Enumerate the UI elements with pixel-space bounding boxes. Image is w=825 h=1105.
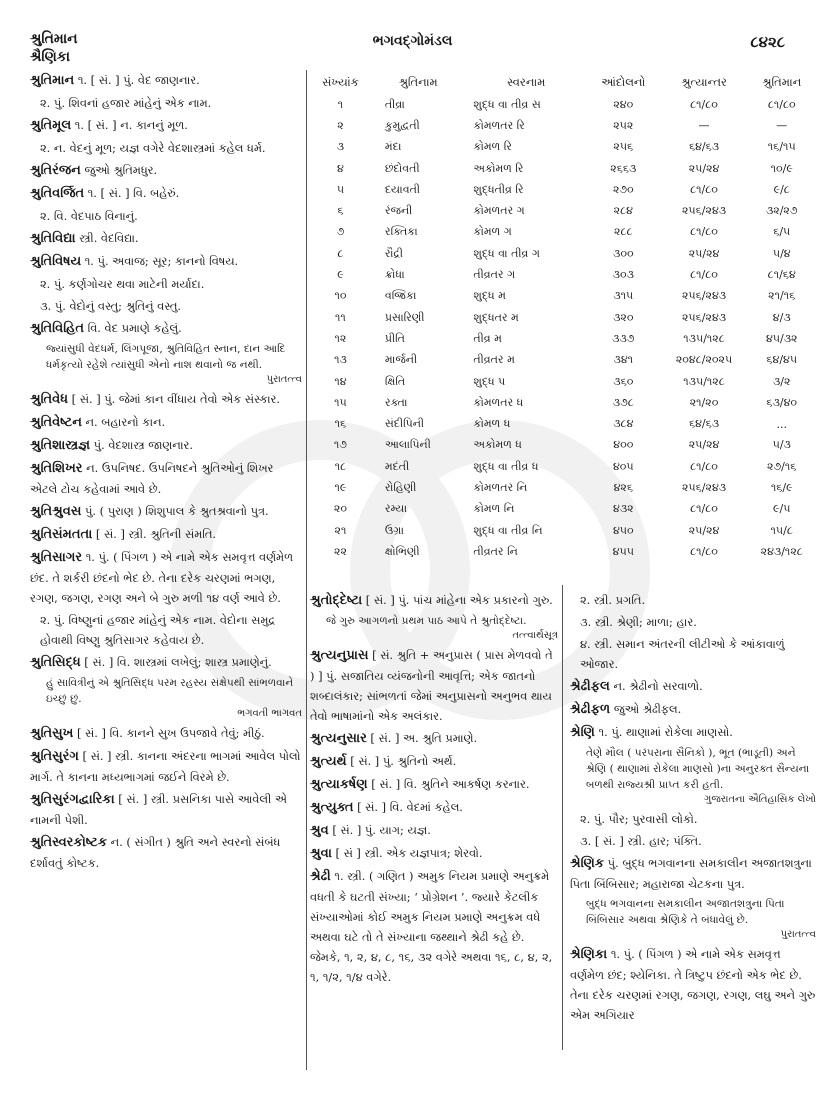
entry-citation: જ્યાંસુધી વેદધર્મ, લિંગપૂજા, શ્રુતિવિહિત… [30,341,302,387]
entry-definition: [ સં. ] વિ. શ્રુતિને આકર્ષણ કરનાર. [368,777,530,791]
entry-sense: ૨. પું. શિવનાં હજાર માંહેનું એક નામ. [30,93,302,113]
cell-swara-name: કોમળતર નિ [465,477,587,498]
col-header-vibrations: આંદોલનો [587,70,660,94]
cell-swara-name: તીવ્રતર મ [465,350,587,371]
cell-vibrations: ૨૭૦ [587,179,660,200]
cell-interval: ૨૫૬/૨૪૩ [660,200,749,221]
entry-sense: ૨. પું. વિષ્ણુનાં હજાર માંહેનું એક નામ. … [30,610,302,650]
cell-shruti-name: ઉગ્રા [371,520,465,541]
table-row: ૨૨ક્ષોભિણીતીવ્રતર નિ૪૫૫૮૧/૮૦૨૪૩/૧૨૮ [310,541,815,562]
cell-swara-name: કોમળ ધ [465,413,587,434]
dictionary-entry: શ્રુતિરંજન જુઓ શ્રુતિમધુર. [30,160,302,181]
table-row: ૨૦રમ્યાકોમળ નિ૪૩૨૮૧/૮૦૯/૫ [310,499,815,520]
cell-ratio: ૧૬/૧૫ [748,137,815,158]
entry-definition: ૧. [ સં. ] ન. કાનનું મૂળ. [71,118,188,132]
cell-swara-name: કોમળ નિ [465,499,587,520]
entry-sense: ૪. સ્ત્રી. સમાન અંતરની લીટીઓ કે આંકાવાળુ… [570,634,816,674]
entry-headword: શ્રુતિસાગર [30,550,82,565]
entry-headword: શ્રેણિ [570,725,595,740]
dictionary-entry: શ્રેઢી ૧. સ્ત્રી. ( ગણિત ) અમુક નિયમ પ્ર… [310,866,558,987]
cell-interval: — [660,115,749,136]
cell-shruti-name: રક્તા [371,392,465,413]
cell-number: ૨૨ [310,541,371,562]
dictionary-entry: શ્રુત્યર્થ [ સં. ] પું. શ્રુતિનો અર્થ. [310,751,558,772]
entry-headword: શ્રુતિસંમતતા [30,527,92,542]
cell-shruti-name: સંદીપિની [371,413,465,434]
col-header-swara-name: સ્વરનામ [465,70,587,94]
entry-sense: ૩. પું. વેદોનું વસ્તુ; શ્રુતિનું વસ્તુ. [30,296,302,316]
cell-swara-name: શુદ્ધ વા તીવ્ર સ [465,94,587,115]
table-row: ૪છંદોવતીઅકોમળ રિ૨૬૬૩૨૫/૨૪૧૦/૯ [310,158,815,179]
dictionary-entry: શ્રુતિમાન ૧. [ સં. ] પું. વેદ જાણનાર. [30,70,302,91]
cell-number: ૧૫ [310,392,371,413]
citation-text: હું સાવિત્રીનું એ શ્રુતિસિદ્ધ પરમ રહસ્ય … [30,675,302,707]
cell-ratio: ૧૫/૮ [748,520,815,541]
cell-shruti-name: પ્રીતિ [371,328,465,349]
dictionary-entry: શ્રુતિવિષય ૧. પું. અવાજ; સૂર; કાનનો વિષય… [30,251,302,272]
cell-vibrations: ૨૪૦ [587,94,660,115]
table-row: ૧૯રોહિણીકોમળતર નિ૪૨૬૨૫૬/૨૪૩૧૬/૯ [310,477,815,498]
cell-swara-name: શુદ્ધ વા તીવ્ર ગ [465,243,587,264]
entry-definition: [ સં. ] પું. જેમાં કાન વીંધાય તેવો એક સં… [68,392,280,406]
entry-sense: ૨. પું. કર્ણગોચર થવા માટેની મર્યાદા. [30,274,302,294]
table-row: ૧તીવ્રાશુદ્ધ વા તીવ્ર સ૨૪૦૮૧/૮૦૮૧/૮૦ [310,94,815,115]
cell-swara-name: તીવ્ર મ [465,328,587,349]
entry-headword: શ્રુતિમૂલ [30,118,71,133]
cell-shruti-name: રંજની [371,200,465,221]
cell-ratio: ૮૧/૮૦ [748,94,815,115]
dictionary-entry: શ્રુતિસુખ [ સં. ] વિ. કાનને સુખ ઉપજાવે ત… [30,723,302,744]
col-header-ratio: શ્રુતિમાન [748,70,815,94]
entry-definition: [ સં. ] વિ. શાસ્ત્રમાં લખેલું; શાસ્ત્ર પ… [81,655,272,669]
citation-text: જે ગુરુ આગળનો પ્રથમ પાઠ આપે તે શ્રુતોદ્દ… [310,613,558,629]
cell-shruti-name: માર્જની [371,350,465,371]
cell-interval: ૮૧/૮૦ [660,456,749,477]
dictionary-entry: શ્રુતિસંમતતા [ સં. ] સ્ત્રી. શ્રુતિની સં… [30,524,302,545]
table-row: ૧૭આલાપિનીઅકોમળ ધ૪૦૦૨૫/૨૪૫/૩ [310,435,815,456]
cell-vibrations: ૪૩૨ [587,499,660,520]
entry-definition: જુઓ શ્રેઢીફલ. [610,702,681,716]
cell-interval: ૮૧/૮૦ [660,264,749,285]
dictionary-entry: શ્રુતિવેધ [ સં. ] પું. જેમાં કાન વીંધાય … [30,389,302,410]
entry-headword: શ્રુવ [310,823,329,838]
cell-ratio: ૬૪/૪૫ [748,350,815,371]
dictionary-entry: શ્રુતિવિહિત વિ. વેદ પ્રમાણે કહેલું. [30,318,302,339]
cell-number: ૬ [310,200,371,221]
cell-swara-name: કોમળતર ધ [465,392,587,413]
citation-source: પુરાતત્ત્વ [30,373,302,387]
entry-headword: શ્રુતિવેષ્ટન [30,415,82,430]
cell-ratio: ૮૧/૬૪ [748,264,815,285]
entry-sense: ૨. પું. પૌર; પુરવાસી લોકો. [570,809,816,829]
entry-definition: ૧. સ્ત્રી. ( ગણિત ) અમુક નિયમ પ્રમાણે અન… [310,869,552,984]
guide-word-last: શ્રૈણિકા [30,48,78,66]
table-row: ૫દયાવતીશુદ્ધતીવ્ર રિ૨૭૦૮૧/૮૦૯/૮ [310,179,815,200]
cell-shruti-name: છંદોવતી [371,158,465,179]
cell-ratio: ... [748,413,815,434]
cell-vibrations: ૩૦૦ [587,243,660,264]
cell-number: ૧૭ [310,435,371,456]
cell-ratio: ૪/૩ [748,307,815,328]
entry-citation: તેણે મૌલ ( પરંપરાના સૈનિકો ), ભૂત (ભાડૂત… [570,745,816,807]
citation-text: બુદ્ધ ભગવાનના સમકાલીન અજાતશત્રુના પિતા બ… [570,896,816,928]
citation-source: ભગવતી ભાગવત [30,707,302,721]
entry-definition: જુઓ શ્રુતિમધુર. [81,163,157,177]
entry-headword: શ્રુતિવેધ [30,392,68,407]
cell-vibrations: ૨૫૬ [587,137,660,158]
cell-swara-name: શુદ્ધ વા તીવ્ર નિ [465,520,587,541]
entry-definition: [ સં. ] અ. શ્રુતિ પ્રમાણે. [367,731,477,745]
cell-interval: ૧૩૫/૧૨૮ [660,328,749,349]
entry-definition: ૧. પું. અવાજ; સૂર; કાનનો વિષય. [81,254,238,268]
cell-interval: ૨૫/૨૪ [660,520,749,541]
table-row: ૭રક્તિકાકોમળ ગ૨૮૮૮૧/૮૦૬/૫ [310,222,815,243]
citation-text: જ્યાંસુધી વેદધર્મ, લિંગપૂજા, શ્રુતિવિહિત… [30,341,302,373]
cell-shruti-name: મદંતી [371,456,465,477]
citation-source: પુરાતત્ત્વ [570,928,816,942]
entry-definition: [ સં. ] સ્ત્રી. શ્રુતિની સંમતિ. [92,527,216,541]
cell-interval: ૨૦૪૮/૨૦૨૫ [660,350,749,371]
citation-source: તત્ત્વાર્થસૂત્ર [310,629,558,643]
dictionary-entry: શ્રુતિસાગર ૧. પું. ( પિંગળ ) એ નામે એક સ… [30,547,302,608]
entry-headword: શ્રુતિશાસ્ત્રજ્ઞ [30,438,90,453]
cell-ratio: ૩૨/૨૭ [748,200,815,221]
col-header-number: સંખ્યાંક [310,70,371,94]
cell-number: ૧૬ [310,413,371,434]
cell-interval: ૨૫/૨૪ [660,243,749,264]
cell-ratio: ૫/૪ [748,243,815,264]
entry-definition: ૧. [ સં. ] વિ. બહેરું. [84,186,179,200]
cell-number: ૪ [310,158,371,179]
entry-citation: બુદ્ધ ભગવાનના સમકાલીન અજાતશત્રુના પિતા બ… [570,896,816,942]
entry-sense: ૩. સ્ત્રી. શ્રેણી; માળા; હાર. [570,612,816,632]
cell-ratio: ૨૭/૧૬ [748,456,815,477]
page-number: ૮૪૨૮ [750,33,785,51]
dictionary-page: શ્રુતિમાન શ્રૈણિકા ભગવદ્ગોમંડલ ૮૪૨૮ શ્રુ… [0,0,825,1105]
running-title: ભગવદ્ગોમંડલ [0,33,825,49]
cell-ratio: ૯/૮ [748,179,815,200]
dictionary-entry: શ્રુતિશિખર ન. ઉપનિષદ. ઉપનિષદને શ્રુતિઓનુ… [30,458,302,499]
cell-vibrations: ૩૨૦ [587,307,660,328]
cell-shruti-name: કુમુદ્વતી [371,115,465,136]
entry-definition: [ સં. ] પું. શ્રુતિનો અર્થ. [347,754,457,768]
dictionary-entry: શ્રુતિસ્વરકોષ્ટક ન. ( સંગીત ) શ્રુતિ અને… [30,832,302,873]
cell-interval: ૨૫૬/૨૪૩ [660,307,749,328]
cell-number: ૨૧ [310,520,371,541]
table-row: ૧૬સંદીપિનીકોમળ ધ૩૮૪૬૪/૬૩... [310,413,815,434]
entry-definition: ન. શ્રેઢીનો સરવાળો. [610,679,703,693]
cell-number: ૫ [310,179,371,200]
entry-headword: શ્રુવા [310,846,332,861]
cell-vibrations: ૪૫૦ [587,520,660,541]
dictionary-entry: શ્રેણિ ૧. પું. થાણામાં રોકેલા માણસો. [570,722,816,743]
entry-headword: શ્રુતિસુરંગદ્વારિકા [30,792,115,807]
table-row: ૨૧ઉગ્રાશુદ્ધ વા તીવ્ર નિ૪૫૦૨૫/૨૪૧૫/૮ [310,520,815,541]
dictionary-entry: શ્રુતિવર્જિત ૧. [ સં. ] વિ. બહેરું. [30,183,302,204]
cell-vibrations: ૩૮૪ [587,413,660,434]
entry-definition: [ સં. ] પું. યાગ; યજ્ઞ. [329,823,431,837]
dictionary-entry: શ્રુતિવેષ્ટન ન. બહારનો કાન. [30,412,302,433]
dictionary-entry: શ્રેઢીફળ જુઓ શ્રેઢીફલ. [570,699,816,720]
cell-vibrations: ૪૦૦ [587,435,660,456]
cell-number: ૧૧ [310,307,371,328]
cell-ratio: — [748,115,815,136]
cell-shruti-name: ક્ષોભિણી [371,541,465,562]
entry-definition: [ સં. ] પું. પાંચ માંહેના એક પ્રકારનો ગુ… [362,593,553,607]
entry-definition: [ સં. ] વિ. કાનને સુખ ઉપજાવે તેવું; મીઠુ… [73,726,264,740]
dictionary-entry: શ્રુત્યાકર્ષણ [ સં. ] વિ. શ્રુતિને આકર્ષ… [310,774,558,795]
cell-ratio: ૫/૩ [748,435,815,456]
col-header-interval: શ્રુત્યાન્તર [660,70,749,94]
dictionary-entry: શ્રુતિવિદ્યા સ્ત્રી. વેદવિદ્યા. [30,228,302,249]
entry-headword: શ્રુત્યનુપ્રાસ [310,648,369,663]
table-row: ૧૧પ્રસારિણીશુદ્ધતર મ૩૨૦૨૫૬/૨૪૩૪/૩ [310,307,815,328]
shruti-swara-table: સંખ્યાંક શ્રુતિનામ સ્વરનામ આંદોલનો શ્રુત… [310,70,815,563]
entry-definition: [ સં. ] વિ. વેદમાં કહેલ. [354,800,463,814]
entry-citation: હું સાવિત્રીનું એ શ્રુતિસિદ્ધ પરમ રહસ્ય … [30,675,302,721]
cell-interval: ૨૫૬/૨૪૩ [660,286,749,307]
entry-headword: શ્રેઢીફલ [570,679,610,694]
dictionary-entry: શ્રુતિસિદ્ધ [ સં. ] વિ. શાસ્ત્રમાં લખેલુ… [30,652,302,673]
entry-headword: શ્રુતિવિદ્યા [30,231,76,246]
cell-number: ૧૪ [310,371,371,392]
cell-swara-name: કોમળતર ગ [465,200,587,221]
cell-vibrations: ૨૮૪ [587,200,660,221]
cell-number: ૧૩ [310,350,371,371]
right-column: ૨. સ્ત્રી. પ્રગતિ.૩. સ્ત્રી. શ્રેણી; માળ… [570,590,816,1027]
dictionary-entry: શ્રેણિક પું. બુદ્ધ ભગવાનના સમકાલીન અજાતશ… [570,853,816,894]
entry-headword: શ્રુતિસિદ્ધ [30,655,81,670]
cell-interval: ૬૪/૬૩ [660,413,749,434]
cell-swara-name: શુદ્ધતીવ્ર રિ [465,179,587,200]
table-row: ૨કુમુદ્વતીકોમળતર રિ૨૫૨—— [310,115,815,136]
cell-number: ૧૮ [310,456,371,477]
cell-swara-name: શુદ્ધતર મ [465,307,587,328]
cell-interval: ૨૫/૨૪ [660,158,749,179]
dictionary-entry: શ્રુતોદ્દેષ્ટા [ સં. ] પું. પાંચ માંહેના… [310,590,558,611]
cell-shruti-name: વજ્રિકા [371,286,465,307]
cell-ratio: ૧૬/૯ [748,477,815,498]
column-divider [306,70,307,1070]
cell-vibrations: ૪૫૫ [587,541,660,562]
cell-interval: ૮૧/૮૦ [660,94,749,115]
cell-number: ૨૦ [310,499,371,520]
cell-interval: ૮૧/૮૦ [660,222,749,243]
cell-shruti-name: રોહિણી [371,477,465,498]
middle-column: શ્રુતોદ્દેષ્ટા [ સં. ] પું. પાંચ માંહેના… [310,590,558,989]
dictionary-entry: શ્રુતિસુરંગદ્વારિકા [ સં. ] સ્ત્રી. પ્રસ… [30,789,302,830]
cell-shruti-name: રમ્યા [371,499,465,520]
cell-interval: ૨૫૬/૨૪૩ [660,477,749,498]
cell-swara-name: અકોમળ રિ [465,158,587,179]
cell-interval: ૨૧/૨૦ [660,392,749,413]
cell-swara-name: કોમળ રિ [465,137,587,158]
entry-definition: ૧. પું. થાણામાં રોકેલા માણસો. [595,725,733,739]
dictionary-entry: શ્રુવ [ સં. ] પું. યાગ; યજ્ઞ. [310,820,558,841]
cell-number: ૧૨ [310,328,371,349]
cell-shruti-name: રૌદ્રી [371,243,465,264]
cell-shruti-name: રક્તિકા [371,222,465,243]
cell-vibrations: ૩૪૧ [587,350,660,371]
cell-shruti-name: તીવ્રા [371,94,465,115]
table-row: ૧૩માર્જનીતીવ્રતર મ૩૪૧૨૦૪૮/૨૦૨૫૬૪/૪૫ [310,350,815,371]
cell-vibrations: ૪૦૫ [587,456,660,477]
dictionary-entry: શ્રુત્યનુસાર [ સં. ] અ. શ્રુતિ પ્રમાણે. [310,728,558,749]
dictionary-entry: શ્રુતિશાસ્ત્રજ્ઞ પું. વેદશાસ્ત્ર જાણનાર. [30,435,302,456]
cell-interval: ૮૧/૮૦ [660,179,749,200]
cell-swara-name: કોમળ ગ [465,222,587,243]
cell-interval: ૬૪/૬૩ [660,137,749,158]
entry-definition: ન. બહારનો કાન. [82,415,165,429]
cell-shruti-name: દયાવતી [371,179,465,200]
left-column: શ્રુતિમાન ૧. [ સં. ] પું. વેદ જાણનાર.૨. … [30,70,302,875]
citation-source: ગુજરાતના ઐતિહાસિક લેખો [570,793,816,807]
cell-ratio: ૬૩/૪૦ [748,392,815,413]
entry-headword: શ્રુતિશ્રુવસ [30,504,81,519]
entry-headword: શ્રુતિવિષય [30,254,81,269]
cell-number: ૯ [310,264,371,285]
table-row: ૧૫રક્તાકોમળતર ધ૩૭૮૨૧/૨૦૬૩/૪૦ [310,392,815,413]
entry-headword: શ્રુતિશિખર [30,461,83,476]
entry-definition: પું. વેદશાસ્ત્ર જાણનાર. [90,438,193,452]
cell-interval: ૨૫/૨૪ [660,435,749,456]
dictionary-entry: શ્રેણિકા ૧. પું. ( પિંગળ ) એ નામે એક સમવ… [570,944,816,1025]
table-row: ૧૦વજ્રિકાશુદ્ધ મ૩૧૫૨૫૬/૨૪૩૨૧/૧૬ [310,286,815,307]
column-divider-lower [562,585,563,1050]
cell-vibrations: ૩૧૫ [587,286,660,307]
entry-headword: શ્રુતિમાન [30,73,74,88]
cell-vibrations: ૨૮૮ [587,222,660,243]
entry-definition: [ સં ] સ્ત્રી. એક યજ્ઞપાત્ર; શેરવો. [332,846,483,860]
entry-definition: સ્ત્રી. વેદવિદ્યા. [76,231,139,245]
table-row: ૧૮મદંતીશુદ્ધ વા તીવ્ર ધ૪૦૫૮૧/૮૦૨૭/૧૬ [310,456,815,477]
cell-swara-name: શુદ્ધ પ [465,371,587,392]
dictionary-entry: શ્રુતિમૂલ ૧. [ સં. ] ન. કાનનું મૂળ. [30,115,302,136]
cell-vibrations: ૨૬૬૩ [587,158,660,179]
entry-sense: ૩. [ સં. ] સ્ત્રી. હાર; પંક્તિ. [570,831,816,851]
cell-interval: ૧૩૫/૧૨૮ [660,371,749,392]
table-row: ૩મંદાકોમળ રિ૨૫૬૬૪/૬૩૧૬/૧૫ [310,137,815,158]
cell-swara-name: તીવ્રતર નિ [465,541,587,562]
entry-definition: પું. ( પુરાણ ) શિશુપાલ કે શ્રુતશ્રવાનો પ… [81,504,268,518]
entry-headword: શ્રુતિવિહિત [30,321,84,336]
cell-swara-name: કોમળતર રિ [465,115,587,136]
entry-headword: શ્રેઢીફળ [570,702,610,717]
entry-headword: શ્રેણિકા [570,947,607,962]
cell-ratio: ૪૫/૩૨ [748,328,815,349]
cell-swara-name: તીવ્રતર ગ [465,264,587,285]
entry-headword: શ્રુતિસુરંગ [30,749,79,764]
cell-number: ૧ [310,94,371,115]
cell-interval: ૮૧/૮૦ [660,499,749,520]
cell-ratio: ૨૪૩/૧૨૮ [748,541,815,562]
cell-swara-name: શુદ્ધ વા તીવ્ર ધ [465,456,587,477]
col-header-shruti-name: શ્રુતિનામ [371,70,465,94]
cell-shruti-name: ક્ષિતિ [371,371,465,392]
entry-headword: શ્રુત્યાકર્ષણ [310,777,368,792]
entry-sense: ૨. ન. વેદનું મૂળ; યજ્ઞ વગેરે વેદશાસ્ત્રમ… [30,138,302,158]
entry-sense: ૨. સ્ત્રી. પ્રગતિ. [570,590,816,610]
entry-headword: શ્રુતિરંજન [30,163,81,178]
entry-headword: શ્રુતિસુખ [30,726,73,741]
entry-headword: શ્રુતોદ્દેષ્ટા [310,593,362,608]
cell-interval: ૮૧/૮૦ [660,541,749,562]
cell-ratio: ૨૧/૧૬ [748,286,815,307]
entry-headword: શ્રેઢી [310,869,331,884]
cell-number: ૧૦ [310,286,371,307]
dictionary-entry: શ્રેઢીફલ ન. શ્રેઢીનો સરવાળો. [570,676,816,697]
table-row: ૬રંજનીકોમળતર ગ૨૮૪૨૫૬/૨૪૩૩૨/૨૭ [310,200,815,221]
entry-citation: જે ગુરુ આગળનો પ્રથમ પાઠ આપે તે શ્રુતોદ્દ… [310,613,558,643]
entry-headword: શ્રુત્યનુસાર [310,731,367,746]
cell-ratio: ૯/૫ [748,499,815,520]
cell-ratio: ૬/૫ [748,222,815,243]
table-row: ૧૨પ્રીતિતીવ્ર મ૩૩૭૧૩૫/૧૨૮૪૫/૩૨ [310,328,815,349]
cell-vibrations: ૩૦૩ [587,264,660,285]
entry-definition: પું. બુદ્ધ ભગવાનના સમકાલીન અજાતશત્રુના પ… [570,856,812,891]
cell-number: ૭ [310,222,371,243]
table-body: ૧તીવ્રાશુદ્ધ વા તીવ્ર સ૨૪૦૮૧/૮૦૮૧/૮૦૨કુમ… [310,94,815,563]
dictionary-entry: શ્રુતિશ્રુવસ પું. ( પુરાણ ) શિશુપાલ કે શ… [30,501,302,522]
entry-headword: શ્રુત્યુક્ત [310,800,354,815]
table-row: ૧૪ક્ષિતિશુદ્ધ પ૩૬૦૧૩૫/૧૨૮૩/૨ [310,371,815,392]
dictionary-entry: શ્રુવા [ સં ] સ્ત્રી. એક યજ્ઞપાત્ર; શેરવ… [310,843,558,864]
cell-number: ૮ [310,243,371,264]
entry-headword: શ્રુત્યર્થ [310,754,347,769]
cell-vibrations: ૩૭૮ [587,392,660,413]
entry-definition: વિ. વેદ પ્રમાણે કહેલું. [84,321,182,335]
table-header-row: સંખ્યાંક શ્રુતિનામ સ્વરનામ આંદોલનો શ્રુત… [310,70,815,94]
entry-definition: ૧. પું. ( પિંગળ ) એ નામે એક સમવૃત્ત વર્ણ… [570,947,815,1022]
dictionary-entry: શ્રુતિસુરંગ [ સં. ] સ્ત્રી. કાનના અંદરના… [30,746,302,787]
cell-vibrations: ૩૩૭ [587,328,660,349]
cell-shruti-name: મંદા [371,137,465,158]
entry-headword: શ્રુતિવર્જિત [30,186,84,201]
table-row: ૯ક્રોધાતીવ્રતર ગ૩૦૩૮૧/૮૦૮૧/૬૪ [310,264,815,285]
cell-vibrations: ૨૫૨ [587,115,660,136]
cell-swara-name: શુદ્ધ મ [465,286,587,307]
citation-text: તેણે મૌલ ( પરંપરાના સૈનિકો ), ભૂત (ભાડૂત… [570,745,816,793]
cell-shruti-name: પ્રસારિણી [371,307,465,328]
entry-sense: ૨. વિ. વેદપાઠ વિનાનું. [30,206,302,226]
entry-definition: ૧. [ સં. ] પું. વેદ જાણનાર. [74,73,200,87]
cell-swara-name: અકોમળ ધ [465,435,587,456]
entry-headword: શ્રેણિક [570,856,604,871]
cell-ratio: ૧૦/૯ [748,158,815,179]
table-row: ૮રૌદ્રીશુદ્ધ વા તીવ્ર ગ૩૦૦૨૫/૨૪૫/૪ [310,243,815,264]
entry-headword: શ્રુતિસ્વરકોષ્ટક [30,835,107,850]
cell-shruti-name: ક્રોધા [371,264,465,285]
dictionary-entry: શ્રુત્યુક્ત [ સં. ] વિ. વેદમાં કહેલ. [310,797,558,818]
cell-vibrations: ૪૨૬ [587,477,660,498]
cell-vibrations: ૩૬૦ [587,371,660,392]
cell-number: ૧૯ [310,477,371,498]
cell-shruti-name: આલાપિની [371,435,465,456]
cell-number: ૨ [310,115,371,136]
cell-ratio: ૩/૨ [748,371,815,392]
cell-number: ૩ [310,137,371,158]
dictionary-entry: શ્રુત્યનુપ્રાસ [ સં. શ્રુતિ + અનુપ્રાસ (… [310,645,558,726]
